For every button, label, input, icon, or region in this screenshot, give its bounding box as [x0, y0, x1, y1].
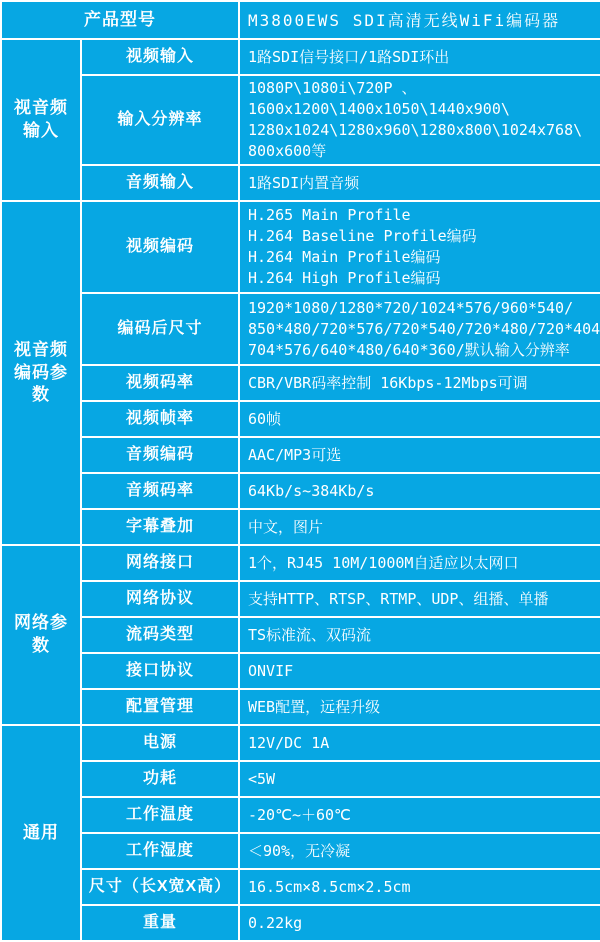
row-value-video-input: 1路SDI信号接口/1路SDI环出 [239, 39, 600, 75]
row-label-network-interface: 网络接口 [81, 545, 239, 581]
row-value-stream-type: TS标准流、双码流 [239, 617, 600, 653]
row-label-audio-input: 音频输入 [81, 165, 239, 201]
row-value-dimensions: 16.5cm×8.5cm×2.5cm [239, 869, 600, 905]
row-label-input-resolution: 输入分辨率 [81, 75, 239, 165]
row-label-video-input: 视频输入 [81, 39, 239, 75]
row-label-weight: 重量 [81, 905, 239, 941]
table-row-dimensions: 尺寸（长X宽X高） 16.5cm×8.5cm×2.5cm [1, 869, 600, 905]
row-value-video-encoding: H.265 Main Profile H.264 Baseline Profil… [239, 201, 600, 293]
row-value-audio-input: 1路SDI内置音频 [239, 165, 600, 201]
row-label-stream-type: 流码类型 [81, 617, 239, 653]
product-model-value: M3800EWS SDI高清无线WiFi编码器 [239, 1, 600, 39]
row-label-audio-encoding: 音频编码 [81, 437, 239, 473]
row-value-audio-bitrate: 64Kb/s~384Kb/s [239, 473, 600, 509]
row-value-weight: 0.22kg [239, 905, 600, 941]
row-value-video-framerate: 60帧 [239, 401, 600, 437]
table-row-video-framerate: 视频帧率 60帧 [1, 401, 600, 437]
row-label-network-protocol: 网络协议 [81, 581, 239, 617]
table-row-config-management: 配置管理 WEB配置，远程升级 [1, 689, 600, 725]
group-label-av-input: 视音频 输入 [1, 39, 81, 201]
table-row-encoded-size: 编码后尺寸 1920*1080/1280*720/1024*576/960*54… [1, 293, 600, 365]
table-row-input-resolution: 输入分辨率 1080P\1080i\720P 、 1600x1200\1400x… [1, 75, 600, 165]
row-value-power-consumption: <5W [239, 761, 600, 797]
product-spec-table: 产品型号 M3800EWS SDI高清无线WiFi编码器 视音频 输入 视频输入… [0, 0, 600, 942]
row-label-power-consumption: 功耗 [81, 761, 239, 797]
table-row-video-encoding: 视音频 编码参 数 视频编码 H.265 Main Profile H.264 … [1, 201, 600, 293]
row-label-interface-protocol: 接口协议 [81, 653, 239, 689]
row-label-video-encoding: 视频编码 [81, 201, 239, 293]
row-value-interface-protocol: ONVIF [239, 653, 600, 689]
table-row-operating-temperature: 工作温度 -20℃~＋60℃ [1, 797, 600, 833]
row-value-audio-encoding: AAC/MP3可选 [239, 437, 600, 473]
row-value-power-supply: 12V/DC 1A [239, 725, 600, 761]
row-value-config-management: WEB配置，远程升级 [239, 689, 600, 725]
row-value-operating-temperature: -20℃~＋60℃ [239, 797, 600, 833]
spec-sheet: 产品型号 M3800EWS SDI高清无线WiFi编码器 视音频 输入 视频输入… [0, 0, 600, 933]
row-label-power-supply: 电源 [81, 725, 239, 761]
row-label-operating-humidity: 工作湿度 [81, 833, 239, 869]
row-value-input-resolution: 1080P\1080i\720P 、 1600x1200\1400x1050\1… [239, 75, 600, 165]
row-label-subtitle-overlay: 字幕叠加 [81, 509, 239, 545]
table-row-operating-humidity: 工作湿度 ＜90%，无冷凝 [1, 833, 600, 869]
table-row-audio-input: 音频输入 1路SDI内置音频 [1, 165, 600, 201]
row-label-config-management: 配置管理 [81, 689, 239, 725]
row-value-encoded-size: 1920*1080/1280*720/1024*576/960*540/ 850… [239, 293, 600, 365]
table-row-power-supply: 通用 电源 12V/DC 1A [1, 725, 600, 761]
row-value-video-bitrate: CBR/VBR码率控制 16Kbps-12Mbps可调 [239, 365, 600, 401]
row-label-encoded-size: 编码后尺寸 [81, 293, 239, 365]
row-label-audio-bitrate: 音频码率 [81, 473, 239, 509]
row-value-network-protocol: 支持HTTP、RTSP、RTMP、UDP、组播、单播 [239, 581, 600, 617]
table-row-product-model: 产品型号 M3800EWS SDI高清无线WiFi编码器 [1, 1, 600, 39]
product-model-label: 产品型号 [1, 1, 239, 39]
table-row-interface-protocol: 接口协议 ONVIF [1, 653, 600, 689]
table-row-subtitle-overlay: 字幕叠加 中文，图片 [1, 509, 600, 545]
row-label-dimensions: 尺寸（长X宽X高） [81, 869, 239, 905]
table-row-weight: 重量 0.22kg [1, 905, 600, 941]
row-value-subtitle-overlay: 中文，图片 [239, 509, 600, 545]
group-label-network-params: 网络参 数 [1, 545, 81, 725]
table-row-network-protocol: 网络协议 支持HTTP、RTSP、RTMP、UDP、组播、单播 [1, 581, 600, 617]
group-label-encoding-params: 视音频 编码参 数 [1, 201, 81, 545]
group-label-general: 通用 [1, 725, 81, 941]
row-value-network-interface: 1个，RJ45 10M/1000M自适应以太网口 [239, 545, 600, 581]
table-row-network-interface: 网络参 数 网络接口 1个，RJ45 10M/1000M自适应以太网口 [1, 545, 600, 581]
table-row-audio-encoding: 音频编码 AAC/MP3可选 [1, 437, 600, 473]
table-row-power-consumption: 功耗 <5W [1, 761, 600, 797]
table-row-stream-type: 流码类型 TS标准流、双码流 [1, 617, 600, 653]
table-row-video-bitrate: 视频码率 CBR/VBR码率控制 16Kbps-12Mbps可调 [1, 365, 600, 401]
row-label-video-bitrate: 视频码率 [81, 365, 239, 401]
row-value-operating-humidity: ＜90%，无冷凝 [239, 833, 600, 869]
table-row-audio-bitrate: 音频码率 64Kb/s~384Kb/s [1, 473, 600, 509]
row-label-video-framerate: 视频帧率 [81, 401, 239, 437]
table-row-video-input: 视音频 输入 视频输入 1路SDI信号接口/1路SDI环出 [1, 39, 600, 75]
row-label-operating-temperature: 工作温度 [81, 797, 239, 833]
